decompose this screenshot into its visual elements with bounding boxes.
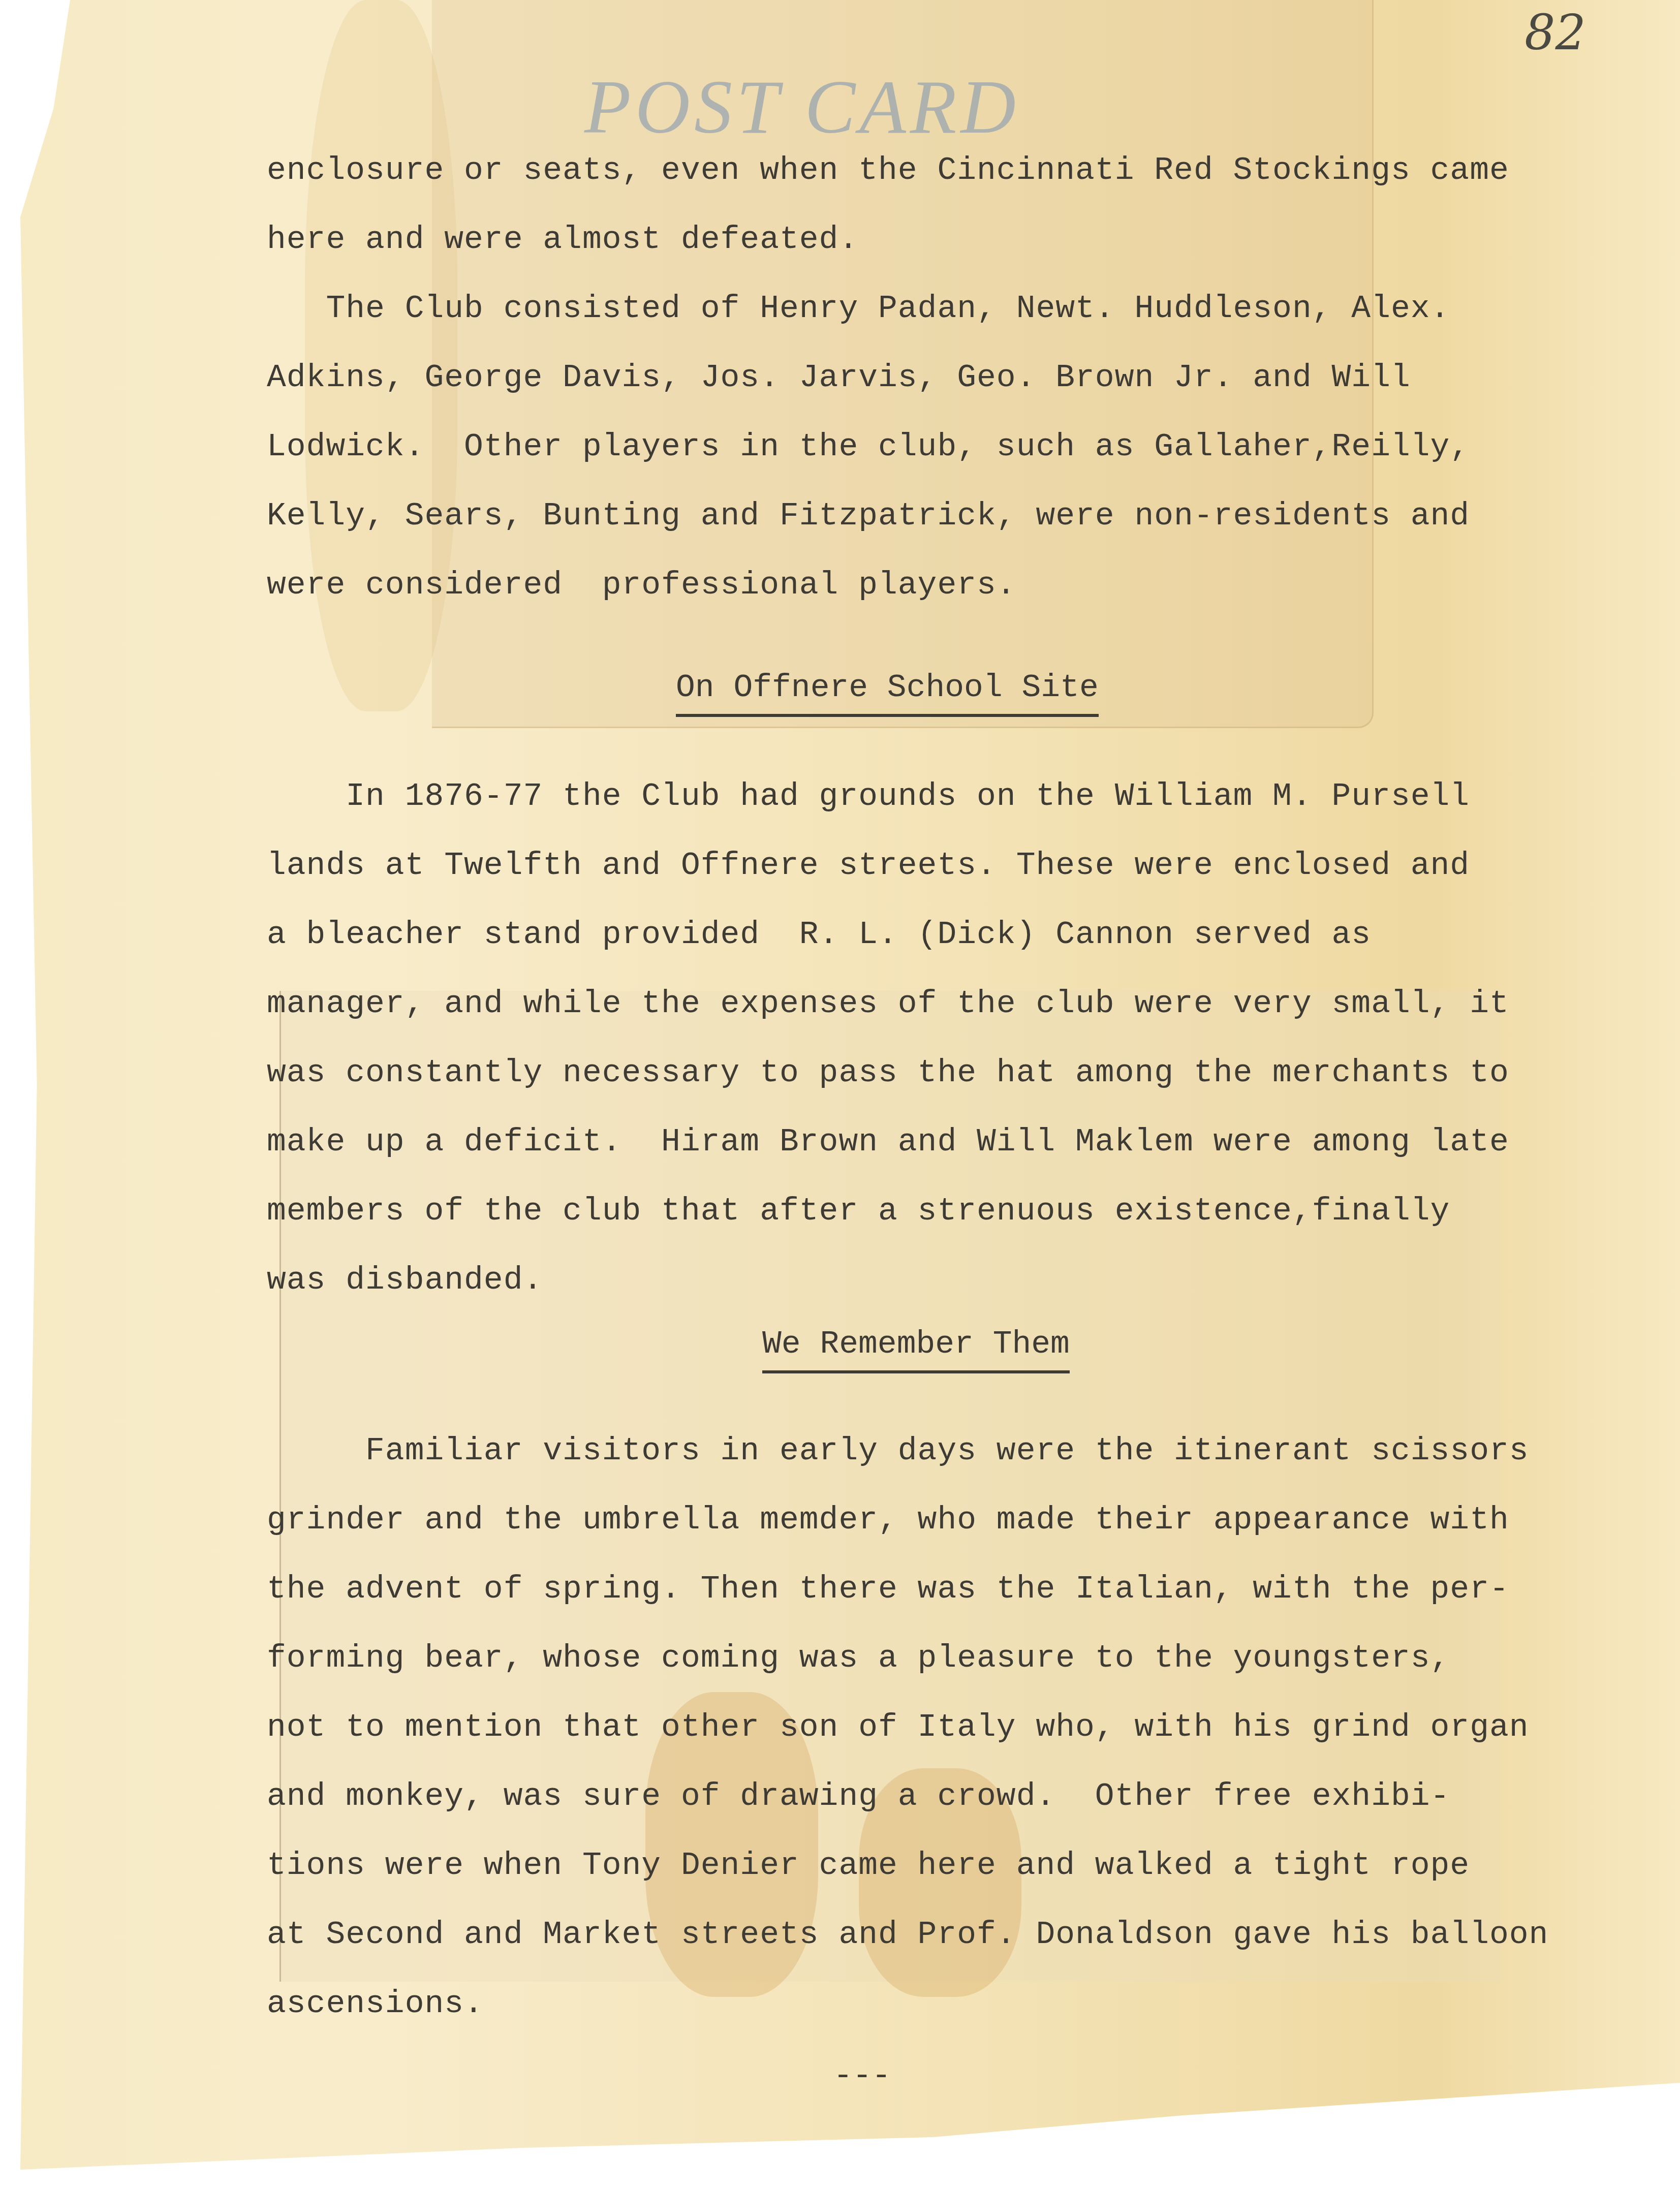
page-number: 82	[1525, 5, 1586, 61]
text-line: a bleacher stand provided R. L. (Dick) C…	[267, 917, 1371, 953]
section-heading: We Remember Them	[762, 1326, 1070, 1373]
text-line: the advent of spring. Then there was the…	[267, 1571, 1509, 1607]
text-line: lands at Twelfth and Offnere streets. Th…	[267, 848, 1470, 884]
text-line: The Club consisted of Henry Padan, Newt.…	[267, 291, 1450, 327]
text-line: In 1876-77 the Club had grounds on the W…	[267, 778, 1470, 815]
text-line: manager, and while the expenses of the c…	[267, 986, 1509, 1022]
text-line: make up a deficit. Hiram Brown and Will …	[267, 1124, 1509, 1160]
text-line: Lodwick. Other players in the club, such…	[267, 429, 1470, 465]
text-line: was constantly necessary to pass the hat…	[267, 1055, 1509, 1091]
text-line: tions were when Tony Denier came here an…	[267, 1848, 1470, 1884]
text-line: grinder and the umbrella memder, who mad…	[267, 1502, 1509, 1538]
text-line: were considered professional players.	[267, 567, 1016, 603]
postcard-stamp: POST CARD	[584, 64, 1020, 151]
text-line: here and were almost defeated.	[267, 222, 858, 258]
text-line: Adkins, George Davis, Jos. Jarvis, Geo. …	[267, 360, 1411, 396]
end-mark: ---	[833, 2058, 891, 2094]
text-line: at Second and Market streets and Prof. D…	[267, 1917, 1548, 1953]
text-line: and monkey, was sure of drawing a crowd.…	[267, 1778, 1450, 1814]
text-line: members of the club that after a strenuo…	[267, 1193, 1450, 1229]
text-line: forming bear, whose coming was a pleasur…	[267, 1640, 1450, 1676]
text-line: Familiar visitors in early days were the…	[267, 1433, 1529, 1469]
text-line: was disbanded.	[267, 1262, 543, 1298]
text-line: enclosure or seats, even when the Cincin…	[267, 152, 1509, 189]
text-line: Kelly, Sears, Bunting and Fitzpatrick, w…	[267, 498, 1470, 534]
text-line: ascensions.	[267, 1986, 484, 2022]
text-line: not to mention that other son of Italy w…	[267, 1709, 1529, 1745]
section-heading: On Offnere School Site	[676, 670, 1099, 717]
